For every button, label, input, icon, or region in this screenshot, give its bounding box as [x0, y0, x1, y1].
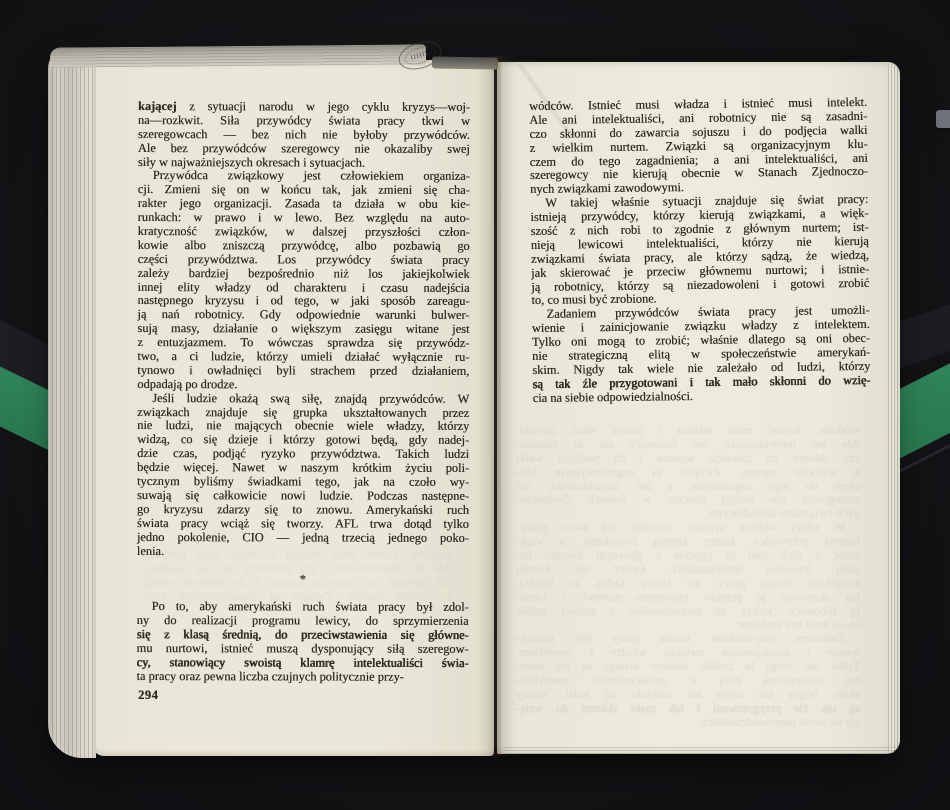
text-line: two, a ci ludzie, którzy umieli działać …	[137, 350, 469, 365]
text-line: cy, stanowiący swoistą klamrę intelektua…	[137, 656, 469, 671]
page-edge-stack-left	[48, 50, 96, 758]
text-line: zależy bardziej bezpośrednio niż los jak…	[138, 267, 470, 282]
text-line: odpadają po drodze.	[137, 378, 469, 393]
text-line: części przywództwa. Los przywódcy świata…	[138, 253, 470, 268]
text-line: jedno pokolenie, CIO — jedną trzecią jed…	[137, 531, 469, 546]
text-line: ny do realizacji programu lewicy, do spr…	[137, 614, 469, 629]
text-line: Ale bez przywódców szeregowcy nie okazal…	[138, 142, 470, 157]
photo-background: wódców. Istnieć musi władza i istnieć mu…	[0, 0, 950, 810]
text-line: Po to, aby amerykański ruch świata pracy…	[137, 600, 469, 615]
paragraph: Jeśli ludzie okażą swą siłę, znajdą przy…	[137, 392, 469, 560]
right-page-text: wódców. Istnieć musi władza i istnieć mu…	[529, 96, 871, 406]
paragraph: kającej z sytuacji narodu w jego cyklu k…	[138, 100, 470, 170]
text-line: kratyczność związków, w dalszej przyszło…	[138, 225, 470, 240]
text-line: świata pracy wciąż się tworzy. AFL trwa …	[137, 517, 469, 532]
text-line: na—rozkwit. Siła przywódcy świata pracy …	[138, 114, 470, 129]
text-line: będzie więcej. Nawet w naszym krótkim ży…	[137, 461, 469, 476]
text-line: kającej z sytuacji narodu w jego cyklu k…	[138, 100, 470, 115]
page-number: 294	[138, 688, 158, 703]
section-separator: *	[137, 558, 469, 601]
gray-edge-tab-icon	[936, 110, 950, 128]
text-line: mu nurtowi, istnieć muszą dysponujący si…	[137, 642, 469, 657]
text-line: ta pracy oraz pewna liczba czujnych poli…	[136, 670, 468, 685]
text-line: lenia.	[137, 544, 469, 559]
text-line: tycznym byliśmy świadkami tego, jak na c…	[137, 475, 469, 490]
text-line: się z klasą średnią, do przeciwstawienia…	[137, 628, 469, 643]
text-line: dzie czas, podjąć ryzyko przywództwa. Ta…	[137, 447, 469, 462]
text-line: związkach znajduje się grupka ukształtow…	[137, 406, 469, 421]
paragraph: Zadaniem przywódców świata pracy jest um…	[532, 304, 871, 405]
text-line: szeregowcach — bez nich nie byłoby przyw…	[138, 128, 470, 143]
text-line: runkach: w prawo i w lewo. Bez względu n…	[138, 211, 470, 226]
text-line: sują masy, działanie o większym zasięgu …	[137, 322, 469, 337]
text-line: widzą, co się dzieje i którzy gotowi będ…	[137, 433, 469, 448]
paragraph: wódców. Istnieć musi władza i istnieć mu…	[529, 96, 868, 197]
text-line: rakter jego organizacji. Zasada ta dział…	[138, 197, 470, 212]
text-line: Przywódca związkowy jest człowiekiem org…	[138, 169, 470, 184]
text-line: ją nań robotnicy. Gdy odpowiednie warunk…	[137, 308, 469, 323]
text-line: innej elity władzy od charakteru i czasu…	[137, 281, 469, 296]
paragraph: Po to, aby amerykański ruch świata pracy…	[136, 600, 468, 684]
text-line: suwają się całkowicie nowi ludzie. Podcz…	[137, 489, 469, 504]
paragraph: Przywódca związkowy jest człowiekiem org…	[137, 169, 470, 392]
book-gutter	[478, 56, 518, 756]
left-page-text: kającej z sytuacji narodu w jego cyklu k…	[136, 100, 470, 685]
text-line: siły w najważniejszych okresach i sytuac…	[138, 156, 470, 171]
paragraph: W takiej właśnie sytuacji znajduje się ś…	[530, 193, 869, 308]
text-line: kowie albo zniszczą przywódcę, albo pozb…	[138, 239, 470, 254]
text-line: go kryzysu zdarzy się to znowu. Amerykań…	[137, 503, 469, 518]
text-line: tynowo i owładnięci byli strachem przed …	[137, 364, 469, 379]
text-line: cji. Zmieni się on w końcu tak, jak zmie…	[138, 183, 470, 198]
text-line: następnego kryzysu i od tego, w jaki spo…	[137, 294, 469, 309]
page-edge-top	[50, 44, 426, 67]
text-line: Jeśli ludzie okażą swą siłę, znajdą przy…	[137, 392, 469, 407]
text-line: nie ludzi, nie mających obecnie wiele wł…	[137, 419, 469, 434]
text-line: z entuzjazmem. To wówczas sprawdza się p…	[137, 336, 469, 351]
